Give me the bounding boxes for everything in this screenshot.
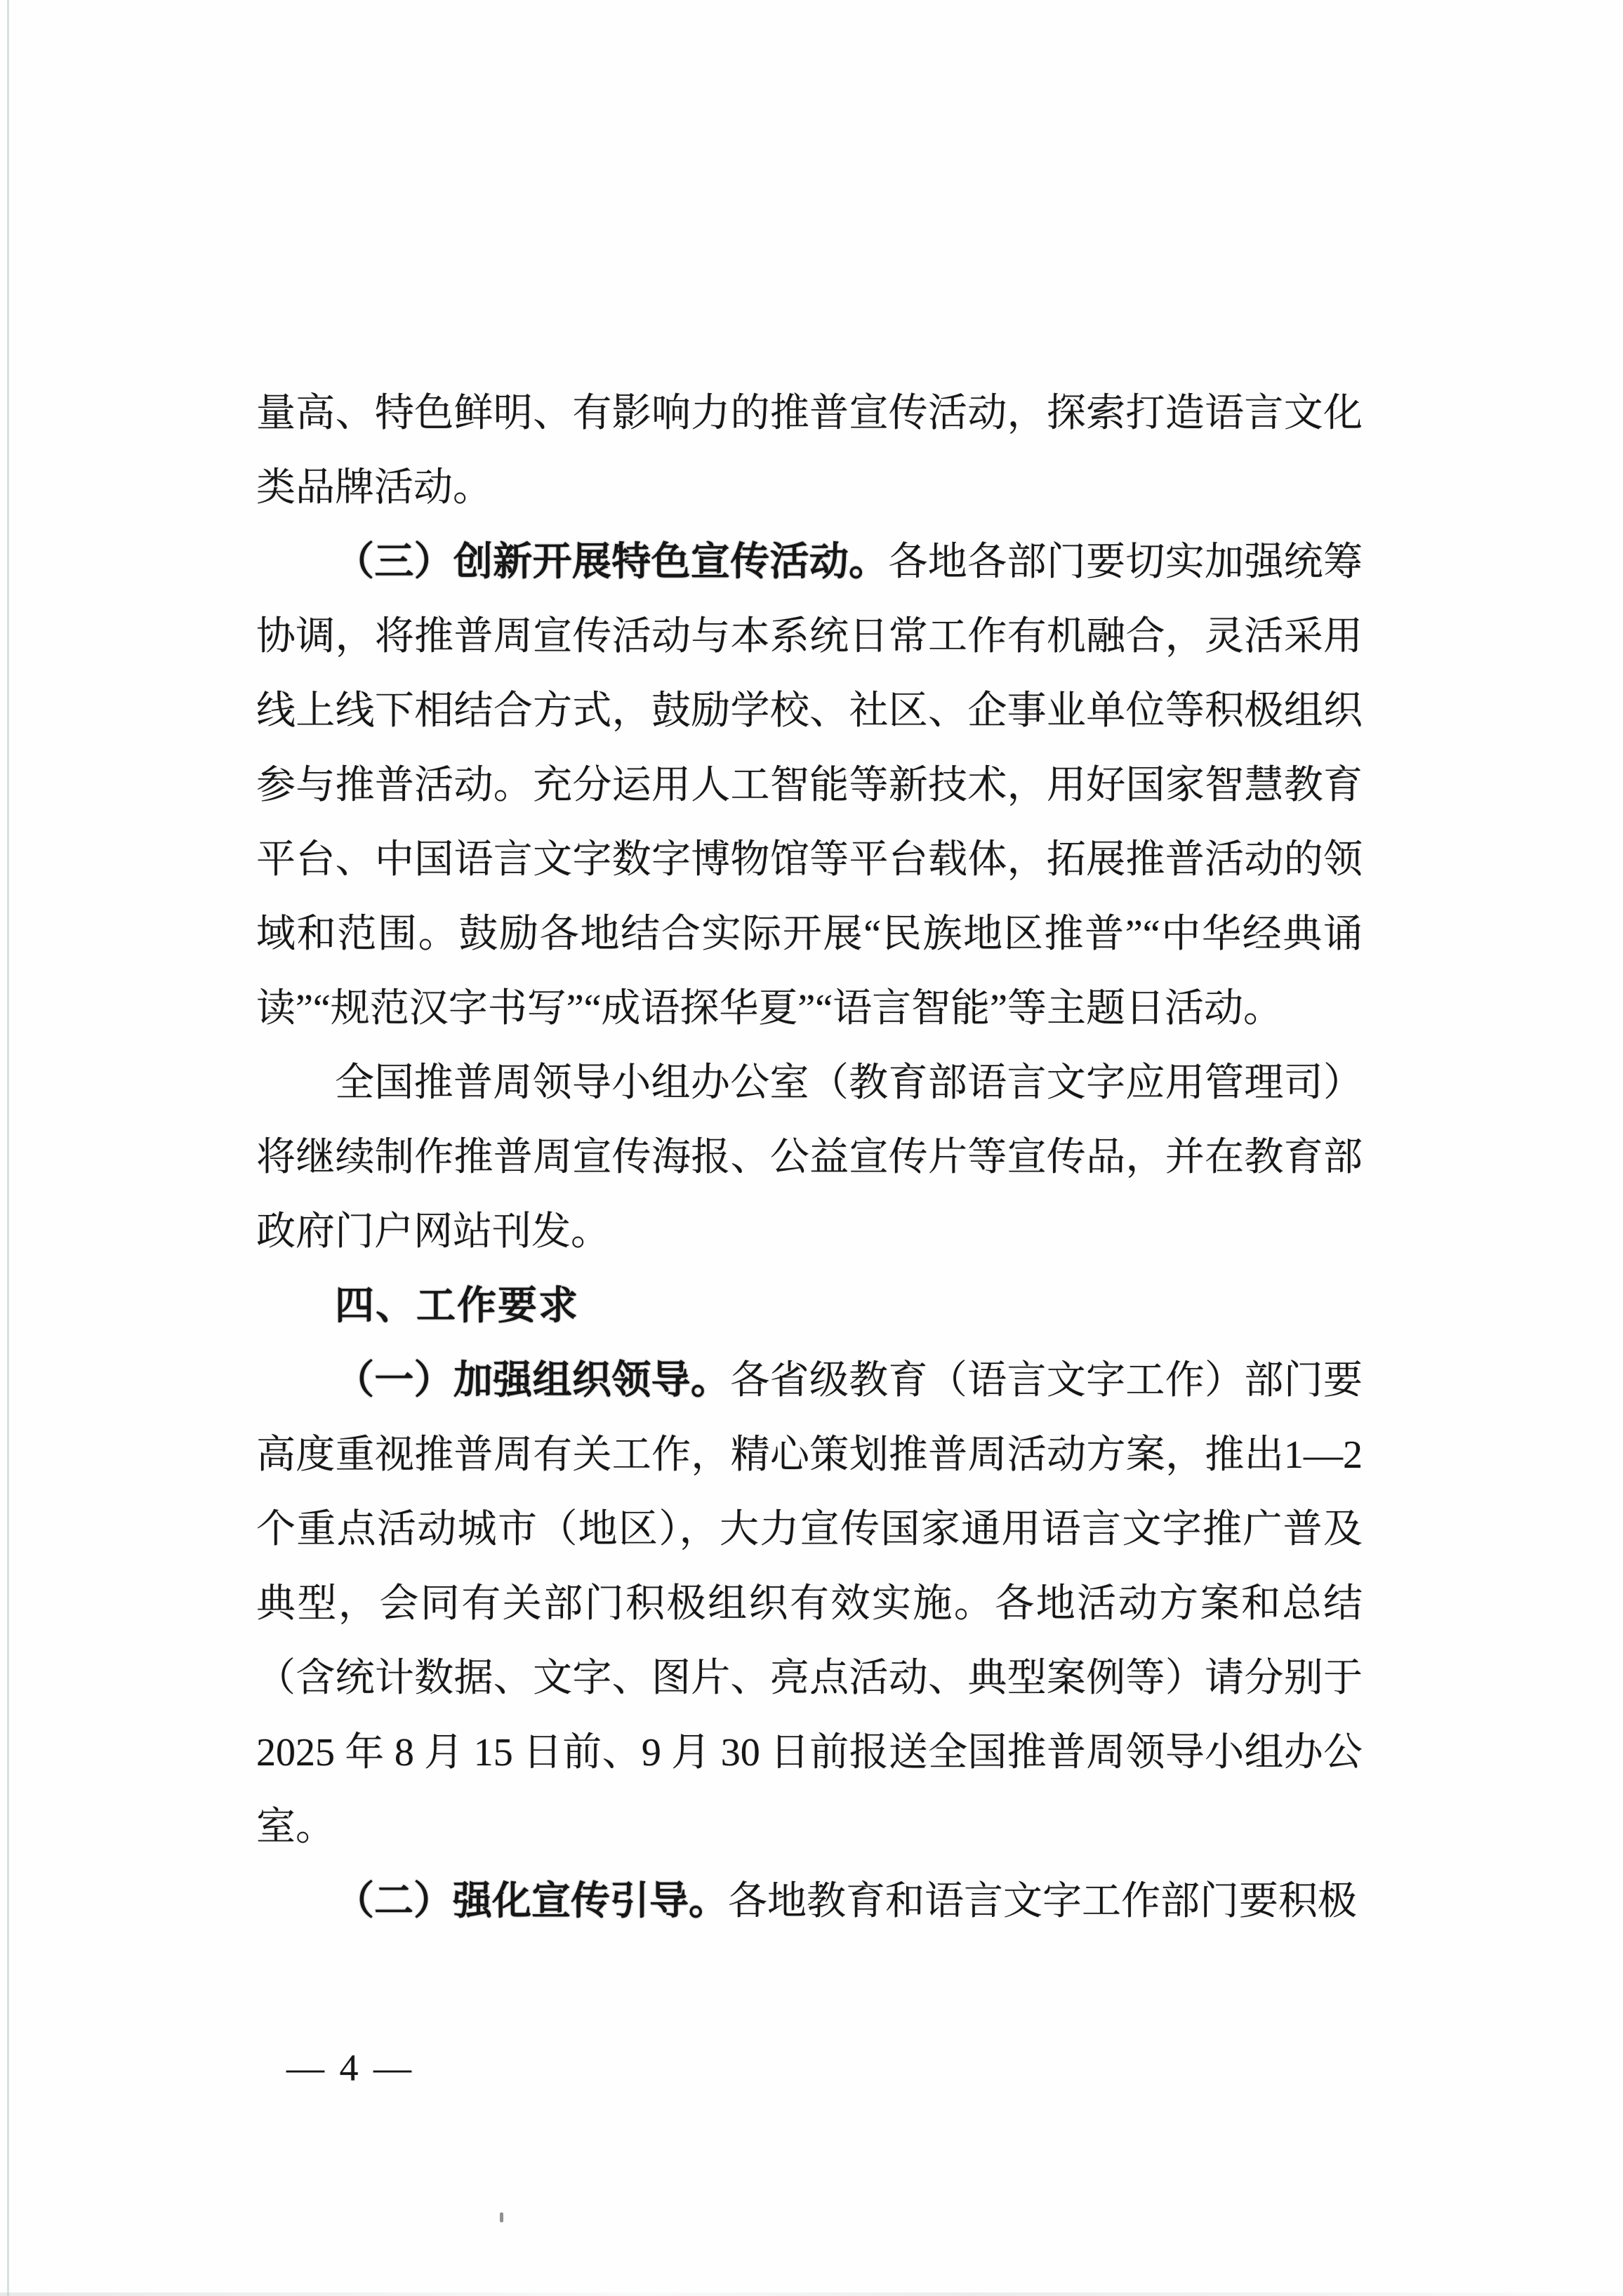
- paragraph: （一）加强组织领导。各省级教育（语言文字工作）部门要高度重视推普周有关工作，精心…: [256, 1343, 1363, 1864]
- body-text: 全国推普周领导小组办公室（教育部语言文字应用管理司）将继续制作推普周宣传海报、公…: [256, 1061, 1363, 1254]
- document-page: { "page": { "number_label": "— 4 —" }, "…: [0, 0, 1623, 2296]
- lead-in-bold-text: （一）加强组织领导。: [335, 1359, 730, 1402]
- paragraph: （三）创新开展特色宣传活动。各地各部门要切实加强统筹协调，将推普周宣传活动与本系…: [256, 525, 1363, 1046]
- scan-edge-line: [7, 0, 9, 2296]
- page-number: — 4 —: [286, 2047, 414, 2089]
- scan-bottom-edge: [0, 2292, 1623, 2296]
- document-body: 量高、特色鲜明、有影响力的推普宣传活动，探索打造语言文化类品牌活动。（三）创新开…: [256, 376, 1363, 1939]
- section-heading: 四、工作要求: [256, 1269, 1363, 1343]
- page-sheet: 量高、特色鲜明、有影响力的推普宣传活动，探索打造语言文化类品牌活动。（三）创新开…: [0, 0, 1623, 2296]
- paragraph: 量高、特色鲜明、有影响力的推普宣传活动，探索打造语言文化类品牌活动。: [256, 376, 1363, 525]
- paragraph: 全国推普周领导小组办公室（教育部语言文字应用管理司）将继续制作推普周宣传海报、公…: [256, 1046, 1363, 1269]
- body-text: 各地各部门要切实加强统筹协调，将推普周宣传活动与本系统日常工作有机融合，灵活采用…: [256, 540, 1363, 1030]
- lead-in-bold-text: （三）创新开展特色宣传活动。: [335, 540, 888, 584]
- lead-in-bold-text: （二）强化宣传引导。: [335, 1880, 728, 1923]
- body-text: 各省级教育（语言文字工作）部门要高度重视推普周有关工作，精心策划推普周活动方案，…: [256, 1359, 1363, 1849]
- body-text: 量高、特色鲜明、有影响力的推普宣传活动，探索打造语言文化类品牌活动。: [256, 392, 1363, 510]
- paragraph: （二）强化宣传引导。各地教育和语言文字工作部门要积极: [256, 1864, 1363, 1939]
- body-text: 各地教育和语言文字工作部门要积极: [728, 1880, 1357, 1923]
- lead-in-bold-text: 四、工作要求: [335, 1283, 579, 1329]
- scan-speck: [500, 2212, 503, 2222]
